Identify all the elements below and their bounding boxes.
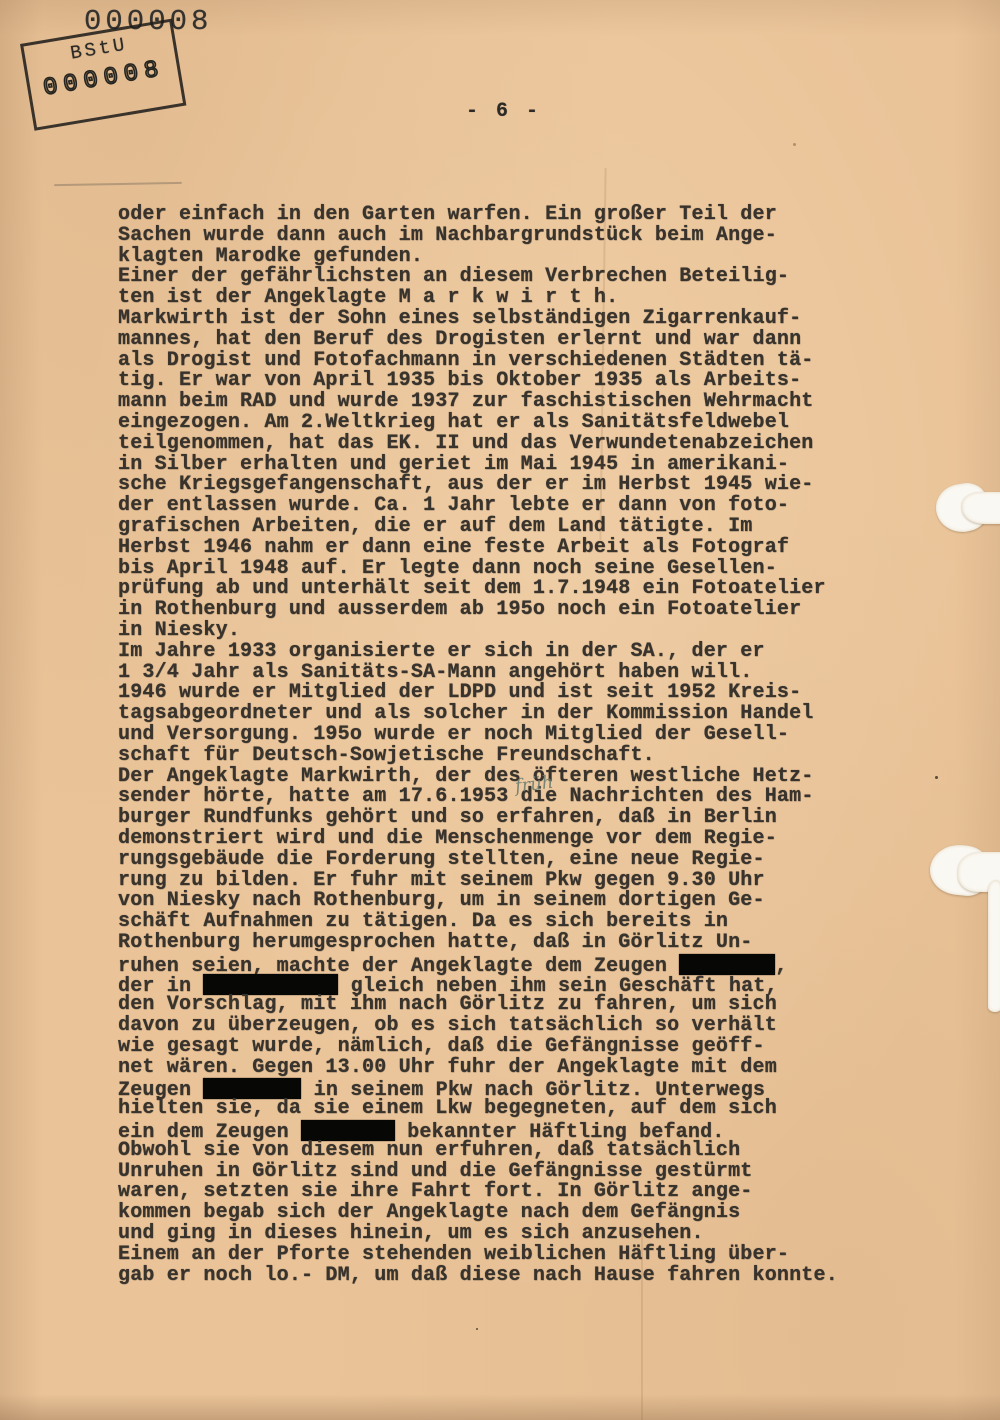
- typewritten-text: den Vorschlag, mit ihm nach Görlitz zu f…: [118, 993, 777, 1016]
- typewritten-text: Markwirth ist der Sohn eines selbständig…: [118, 307, 801, 330]
- paper-crease: [641, 1228, 643, 1420]
- paper-damage-spot: [988, 880, 1000, 1012]
- text-line: in Rothenburg und ausserdem ab 195o noch…: [118, 600, 918, 621]
- text-line: Obwohl sie von diesem nun erfuhren, daß …: [118, 1141, 918, 1162]
- paper-speck: [793, 143, 796, 146]
- typewritten-text: Einer der gefährlichsten an diesem Verbr…: [118, 265, 789, 288]
- text-line: mannes, hat den Beruf des Drogisten erle…: [118, 330, 918, 351]
- typewritten-text: und ging in dieses hinein, um es sich an…: [118, 1222, 704, 1245]
- text-line: net wären. Gegen 13.00 Uhr fuhr der Ange…: [118, 1058, 918, 1079]
- typewritten-text: prüfung ab und unterhält seit dem 1.7.19…: [118, 577, 826, 600]
- text-line: kommen begab sich der Angeklagte nach de…: [118, 1203, 918, 1224]
- typewritten-text: schäft Aufnahmen zu tätigen. Da es sich …: [118, 910, 728, 933]
- typewritten-text: davon zu überzeugen, ob es sich tatsächl…: [118, 1014, 777, 1037]
- text-line: schaft für Deutsch-Sowjetische Freundsch…: [118, 746, 918, 767]
- bstu-stamp: BStU 000008: [20, 19, 186, 131]
- text-line: in Niesky.: [118, 621, 918, 642]
- text-line: ein dem Zeugen bekannter Häftling befand…: [118, 1120, 918, 1141]
- typewritten-text: oder einfach in den Garten warfen. Ein g…: [118, 203, 777, 226]
- typewritten-text: schaft für Deutsch-Sowjetische Freundsch…: [118, 744, 655, 767]
- typewritten-text: Sachen wurde dann auch im Nachbargrundst…: [118, 224, 777, 247]
- text-line: hielten sie, da sie einem Lkw begegneten…: [118, 1099, 918, 1120]
- text-line: von Niesky nach Rothenburg, um in seinem…: [118, 891, 918, 912]
- typewritten-text: rungsgebäude die Forderung stellten, ein…: [118, 848, 765, 871]
- typewritten-text: eingezogen. Am 2.Weltkrieg hat er als Sa…: [118, 411, 789, 434]
- text-line: Im Jahre 1933 organisierte er sich in de…: [118, 642, 918, 663]
- text-line: oder einfach in den Garten warfen. Ein g…: [118, 205, 918, 226]
- typewritten-text: und Versorgung. 195o wurde er noch Mitgl…: [118, 723, 789, 746]
- typewritten-text: von Niesky nach Rothenburg, um in seinem…: [118, 889, 765, 912]
- text-line: mann beim RAD und wurde 1937 zur faschis…: [118, 392, 918, 413]
- ink-speck: [476, 1328, 478, 1330]
- text-line: Rothenburg herumgesprochen hatte, daß in…: [118, 933, 918, 954]
- text-line: Herbst 1946 nahm er dann eine feste Arbe…: [118, 538, 918, 559]
- text-line: eingezogen. Am 2.Weltkrieg hat er als Sa…: [118, 413, 918, 434]
- text-line: demonstriert wird und die Menschenmenge …: [118, 829, 918, 850]
- text-line: Einem an der Pforte stehenden weiblichen…: [118, 1245, 918, 1266]
- pencil-mark: [54, 182, 182, 186]
- typewritten-text: wie gesagt wurde, nämlich, daß die Gefän…: [118, 1035, 765, 1058]
- typewritten-text: gab er noch lo.- DM, um daß diese nach H…: [118, 1264, 838, 1287]
- typewritten-text: waren, setzten sie ihre Fahrt fort. In G…: [118, 1180, 753, 1203]
- typewritten-text: ten ist der Angeklagte M a r k w i r t h…: [118, 286, 618, 309]
- typewritten-text: demonstriert wird und die Menschenmenge …: [118, 827, 777, 850]
- text-line: teilgenommen, hat das EK. II und das Ver…: [118, 434, 918, 455]
- document-text: oder einfach in den Garten warfen. Ein g…: [118, 205, 918, 1286]
- typewritten-text: tagsabgeordneter und als solcher in der …: [118, 702, 814, 725]
- typewritten-text: hielten sie, da sie einem Lkw begegneten…: [118, 1097, 777, 1120]
- text-line: davon zu überzeugen, ob es sich tatsächl…: [118, 1016, 918, 1037]
- text-line: wie gesagt wurde, nämlich, daß die Gefän…: [118, 1037, 918, 1058]
- typewritten-text: sender hörte, hatte am 17.6.1953: [118, 785, 521, 808]
- typewritten-text: in Niesky.: [118, 619, 240, 642]
- typewritten-text: sche Kriegsgefangenschaft, aus der er im…: [118, 473, 814, 496]
- typewritten-text: Herbst 1946 nahm er dann eine feste Arbe…: [118, 536, 789, 559]
- text-line: burger Rundfunks gehört und so erfahren,…: [118, 808, 918, 829]
- text-line: ruhen seien, machte der Angeklagte dem Z…: [118, 954, 918, 975]
- typewritten-text: 1946 wurde er Mitglied der LDPD und ist …: [118, 681, 801, 704]
- typewritten-text: der entlassen wurde. Ca. 1 Jahr lebte er…: [118, 494, 789, 517]
- typewritten-text: grafischen Arbeiten, die er auf dem Land…: [118, 515, 753, 538]
- paper-damage-spot: [962, 492, 1000, 524]
- typewritten-text: mannes, hat den Beruf des Drogisten erle…: [118, 328, 801, 351]
- typewritten-text: in Rothenburg und ausserdem ab 195o noch…: [118, 598, 801, 621]
- text-line: gab er noch lo.- DM, um daß diese nach H…: [118, 1266, 918, 1287]
- typewritten-text: Obwohl sie von diesem nun erfuhren, daß …: [118, 1139, 740, 1162]
- typewritten-text: tig. Er war von April 1935 bis Oktober 1…: [118, 369, 801, 392]
- text-line: 1946 wurde er Mitglied der LDPD und ist …: [118, 683, 918, 704]
- typewritten-text: Einem an der Pforte stehenden weiblichen…: [118, 1243, 789, 1266]
- typewritten-text: net wären. Gegen 13.00 Uhr fuhr der Ange…: [118, 1056, 777, 1079]
- text-line: grafischen Arbeiten, die er auf dem Land…: [118, 517, 918, 538]
- redaction-bar: [679, 954, 775, 975]
- text-line: den Vorschlag, mit ihm nach Görlitz zu f…: [118, 995, 918, 1016]
- text-line: tagsabgeordneter und als solcher in der …: [118, 704, 918, 725]
- text-line: ten ist der Angeklagte M a r k w i r t h…: [118, 288, 918, 309]
- text-line: Markwirth ist der Sohn eines selbständig…: [118, 309, 918, 330]
- typewritten-text: die Nachrichten des Ham-: [521, 785, 814, 808]
- typewritten-text: teilgenommen, hat das EK. II und das Ver…: [118, 432, 814, 455]
- text-line: der entlassen wurde. Ca. 1 Jahr lebte er…: [118, 496, 918, 517]
- text-line: rungsgebäude die Forderung stellten, ein…: [118, 850, 918, 871]
- text-line: und ging in dieses hinein, um es sich an…: [118, 1224, 918, 1245]
- page-number: - 6 -: [466, 100, 541, 123]
- text-line: Sachen wurde dann auch im Nachbargrundst…: [118, 226, 918, 247]
- text-line: und Versorgung. 195o wurde er noch Mitgl…: [118, 725, 918, 746]
- typewritten-text: Rothenburg herumgesprochen hatte, daß in…: [118, 931, 753, 954]
- typewritten-text: kommen begab sich der Angeklagte nach de…: [118, 1201, 740, 1224]
- text-line: sender hörte, hatte am 17.6.1953 frühdie…: [118, 787, 918, 808]
- typewritten-text: Im Jahre 1933 organisierte er sich in de…: [118, 640, 765, 663]
- scanned-document-page: 000008 BStU 000008 - 6 - oder einfach in…: [0, 0, 1000, 1420]
- typewritten-text: mann beim RAD und wurde 1937 zur faschis…: [118, 390, 814, 413]
- text-line: schäft Aufnahmen zu tätigen. Da es sich …: [118, 912, 918, 933]
- typewritten-text: burger Rundfunks gehört und so erfahren,…: [118, 806, 777, 829]
- ink-speck: [935, 776, 938, 779]
